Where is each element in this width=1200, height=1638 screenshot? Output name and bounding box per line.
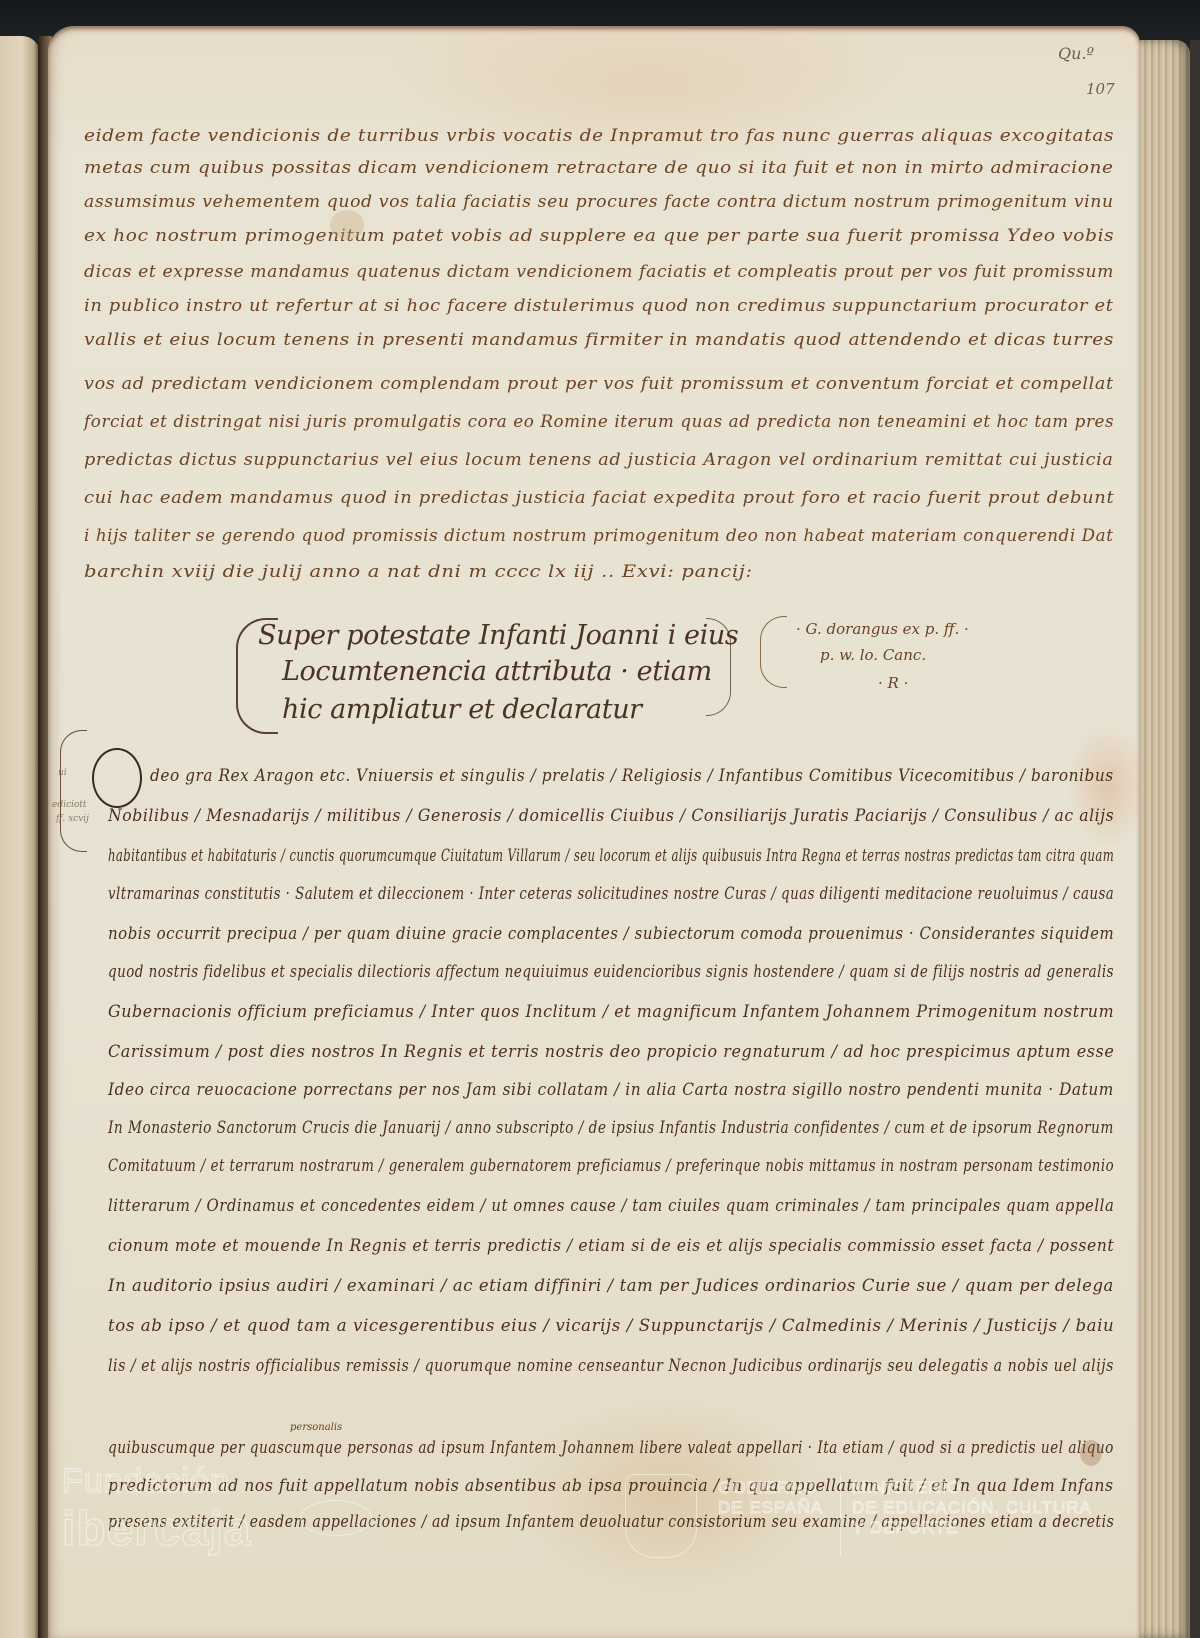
signature-line: p. w. lo. Canc.	[820, 646, 926, 664]
ibercaja-logo-icon	[300, 1500, 372, 1536]
chancery-signature: · G. dorangus ex p. ff. · p. w. lo. Canc…	[760, 610, 1080, 700]
text-line: Nobilibus / Mesnadarijs / militibus / Ge…	[108, 806, 1114, 826]
text-line: predictas dictus suppunctarius vel eius …	[84, 450, 1114, 470]
text-line: deo gra Rex Aragon etc. Vniuersis et sin…	[150, 766, 1114, 786]
heading-line: hic ampliatur et declaratur	[282, 694, 642, 725]
text-line: in publico instro ut refertur at si hoc …	[84, 296, 1114, 316]
text-line: habitantibus et habitaturis / cunctis qu…	[108, 846, 1114, 866]
text-line: i hijs taliter se gerendo quod promissis…	[84, 526, 1114, 546]
text-line: litterarum / Ordinamus et concedentes ei…	[108, 1196, 1114, 1216]
text-line: eidem facte vendicionis de turribus vrbi…	[84, 126, 1114, 146]
text-line: nobis occurrit precipua / per quam diuin…	[108, 924, 1114, 944]
parchment-stain	[330, 210, 364, 240]
interlinear-note: personalis	[290, 1422, 342, 1433]
text-line: ex hoc nostrum primogenitum patet vobis …	[84, 226, 1114, 246]
page-stack-edge	[1140, 40, 1190, 1638]
text-line: barchin xviij die julij anno a nat dni m…	[84, 562, 753, 582]
watermark-min-line: Y DEPORTE	[852, 1518, 1092, 1538]
watermark-text: Fundación	[62, 1462, 230, 1501]
decorated-initial: P	[92, 748, 142, 808]
initial-flourish	[60, 730, 87, 852]
watermark-divider	[840, 1474, 841, 1556]
section-heading: Super potestate Infanti Joanni i eius Lo…	[236, 610, 756, 740]
coat-of-arms-icon	[625, 1474, 697, 1558]
signature-line: · R ·	[878, 674, 908, 692]
text-line: quod nostris fidelibus et specialis dile…	[108, 962, 1114, 982]
heading-line: Locumtenencia attributa · etiam	[282, 656, 712, 687]
signature-flourish	[760, 616, 787, 688]
parchment-stain	[1080, 1440, 1102, 1466]
watermark-gov-line: DE ESPAÑA	[718, 1498, 823, 1518]
folio-mark: Qu.º	[1058, 44, 1094, 63]
text-line: Ideo circa reuocacione porrectans per no…	[108, 1080, 1114, 1100]
text-line: assumsimus vehementem quod vos talia fac…	[84, 192, 1114, 212]
text-line: lis / et alijs nostris officialibus remi…	[108, 1356, 1114, 1376]
text-line: In Monasterio Sanctorum Crucis die Janua…	[108, 1118, 1114, 1138]
text-line: Gubernacionis officium preficiamus / Int…	[108, 1002, 1114, 1022]
text-line: cionum mote et mouende In Regnis et terr…	[108, 1236, 1114, 1256]
text-line: forciat et distringat nisi juris promulg…	[84, 412, 1114, 432]
previous-page-edge	[0, 36, 40, 1638]
text-line: vallis et eius locum tenens in presenti …	[84, 330, 1114, 350]
signature-line: · G. dorangus ex p. ff. ·	[796, 620, 969, 638]
heading-line: Super potestate Infanti Joanni i eius	[258, 620, 738, 651]
text-line: metas cum quibus possitas dicam vendicio…	[84, 158, 1114, 178]
page-stack-shadow	[1190, 40, 1200, 1638]
watermark-text: MINISTERIO DE EDUCACIÓN, CULTURA Y DEPOR…	[852, 1478, 1092, 1538]
text-line: vos ad predictam vendicionem complendam …	[84, 374, 1114, 394]
watermark-min-line: DE EDUCACIÓN, CULTURA	[852, 1498, 1092, 1518]
folio-number: 107	[1086, 80, 1115, 98]
watermark-text: ibercaja	[62, 1502, 251, 1557]
watermark-gov-line: GOBIERNO	[718, 1478, 823, 1498]
text-line: cui hac eadem mandamus quod in predictas…	[84, 488, 1114, 508]
watermark-text: GOBIERNO DE ESPAÑA	[718, 1478, 823, 1518]
text-line: tos ab ipso / et quod tam a vicesgerenti…	[108, 1316, 1114, 1336]
text-line: Comitatuum / et terrarum nostrarum / gen…	[108, 1156, 1114, 1176]
text-line: dicas et expresse mandamus quatenus dict…	[84, 262, 1114, 282]
text-line: vltramarinas constitutis · Salutem et di…	[108, 884, 1114, 904]
text-line: In auditorio ipsius audiri / examinari /…	[108, 1276, 1114, 1296]
watermark-min-line: MINISTERIO	[852, 1478, 1092, 1498]
text-line: Carissimum / post dies nostros In Regnis…	[108, 1042, 1114, 1062]
text-line: quibuscumque per quascumque personas ad …	[108, 1438, 1114, 1458]
